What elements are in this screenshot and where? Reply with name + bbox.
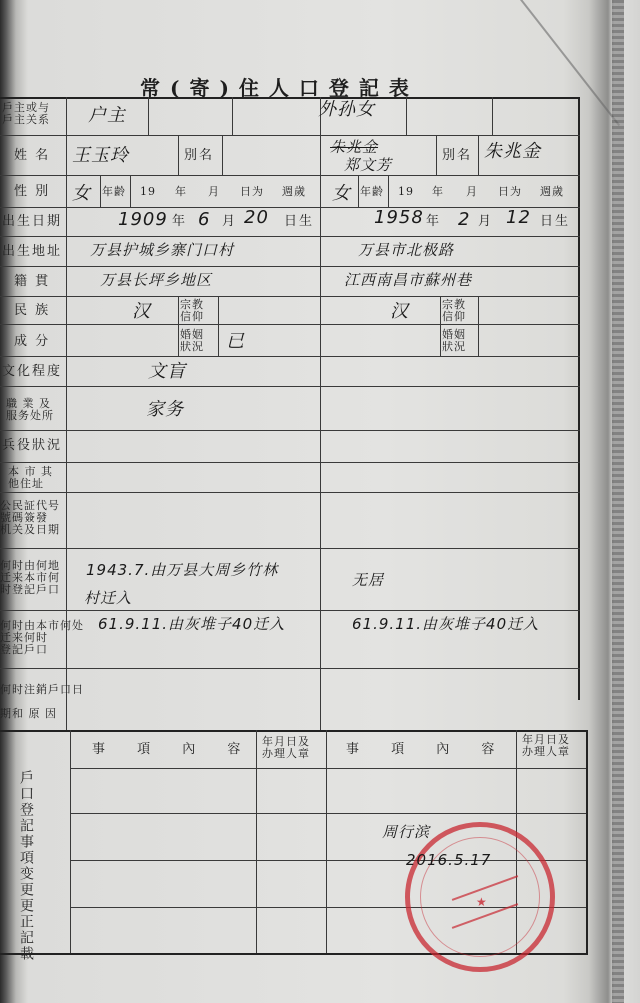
label-birthplace: 出生地址 (2, 244, 62, 259)
p2-name-struck: 朱兆金 (330, 137, 378, 157)
p2-alias-label: 別名 (442, 148, 472, 163)
change-date: 2016.5.17 (406, 850, 491, 870)
p2-sex: 女 (332, 184, 351, 204)
label-ethnicity: 民 族 (14, 303, 50, 318)
p1-occupation: 家务 (146, 400, 184, 420)
document-page: 常(寄)住人口登記表 (0, 0, 640, 1003)
p1-marital-label: 婚姻狀況 (180, 329, 204, 353)
p2-birth-month: 2 (458, 210, 470, 230)
p2-native-place: 江西南昌市蘇州巷 (344, 270, 472, 290)
label-cancel: 何时注銷戶口日期和 原 因 (0, 684, 84, 720)
p1-move-within: 61.9.11.由灰堆子40迁入 (98, 614, 285, 634)
change-signature: 周行滨 (382, 822, 430, 842)
label-military: 兵役狀況 (2, 438, 62, 453)
label-education: 文化程度 (2, 364, 62, 379)
official-seal: ★ (405, 822, 555, 972)
p1-birth-day: 20 (244, 208, 269, 228)
p1-ethnicity: 汉 (132, 302, 151, 322)
p1-birth-year: 1909 (118, 210, 168, 230)
change-col-content-1: 事 項 內 容 (92, 742, 254, 757)
p1-sex: 女 (72, 184, 91, 204)
p2-name: 郑文芳 (344, 155, 392, 175)
label-change-section: 戶口登記事項变更更正記載 (18, 770, 33, 962)
label-relation: 戶主或与戶主关系 (2, 102, 50, 126)
change-col-date-1: 年月日及办理人章 (262, 736, 310, 760)
label-sex: 性 別 (14, 184, 50, 199)
label-id-card: 公民証代号號碼簽發机关及日期 (0, 500, 60, 536)
p2-move-in: 无居 (352, 570, 384, 590)
label-other-address: 本 市 其他住址 (8, 466, 53, 490)
p2-birth-day: 12 (506, 208, 531, 228)
p1-education: 文盲 (148, 362, 186, 382)
p1-name: 王玉玲 (72, 146, 129, 166)
p1-birthplace: 万县护城乡寨门口村 (90, 240, 234, 260)
p2-move-within: 61.9.11.由灰堆子40迁入 (352, 614, 539, 634)
label-birth-date: 出生日期 (2, 214, 62, 229)
p1-marital: 已 (226, 332, 245, 352)
label-class-status: 成 分 (14, 334, 50, 349)
label-move-in: 何时由何地迁来本市何时登記戶口 (0, 560, 60, 596)
p1-religion-label: 宗教信仰 (180, 299, 204, 323)
p1-move-in-2: 村迁入 (84, 588, 132, 608)
p1-birth-month: 6 (198, 210, 210, 230)
label-native-place: 籍 貫 (14, 274, 50, 289)
p1-relation: 户主 (88, 106, 126, 126)
change-col-content-2: 事 項 內 容 (346, 742, 508, 757)
p1-age-label: 年齡 (102, 186, 126, 198)
p2-relation: 外孙女 (318, 100, 375, 120)
change-col-date-2: 年月日及办理人章 (522, 734, 570, 758)
label-occupation: 職 業 及服务处所 (6, 398, 54, 422)
p2-birth-year: 1958 (374, 208, 424, 228)
p2-alias: 朱兆金 (484, 142, 541, 162)
p2-religion-label: 宗教信仰 (442, 299, 466, 323)
p2-ethnicity: 汉 (390, 302, 409, 322)
p1-move-in-1: 1943.7.由万县大周乡竹林 (86, 560, 278, 580)
p2-marital-label: 婚姻狀況 (442, 329, 466, 353)
p1-native-place: 万县长坪乡地区 (100, 270, 212, 290)
p2-birthplace: 万县市北极路 (358, 240, 454, 260)
p1-alias-label: 別名 (184, 148, 214, 163)
seal-star-icon: ★ (476, 895, 487, 909)
label-move-within: 何时由本市何处迁来何时登記戶口 (0, 620, 84, 656)
label-name: 姓 名 (14, 148, 50, 163)
